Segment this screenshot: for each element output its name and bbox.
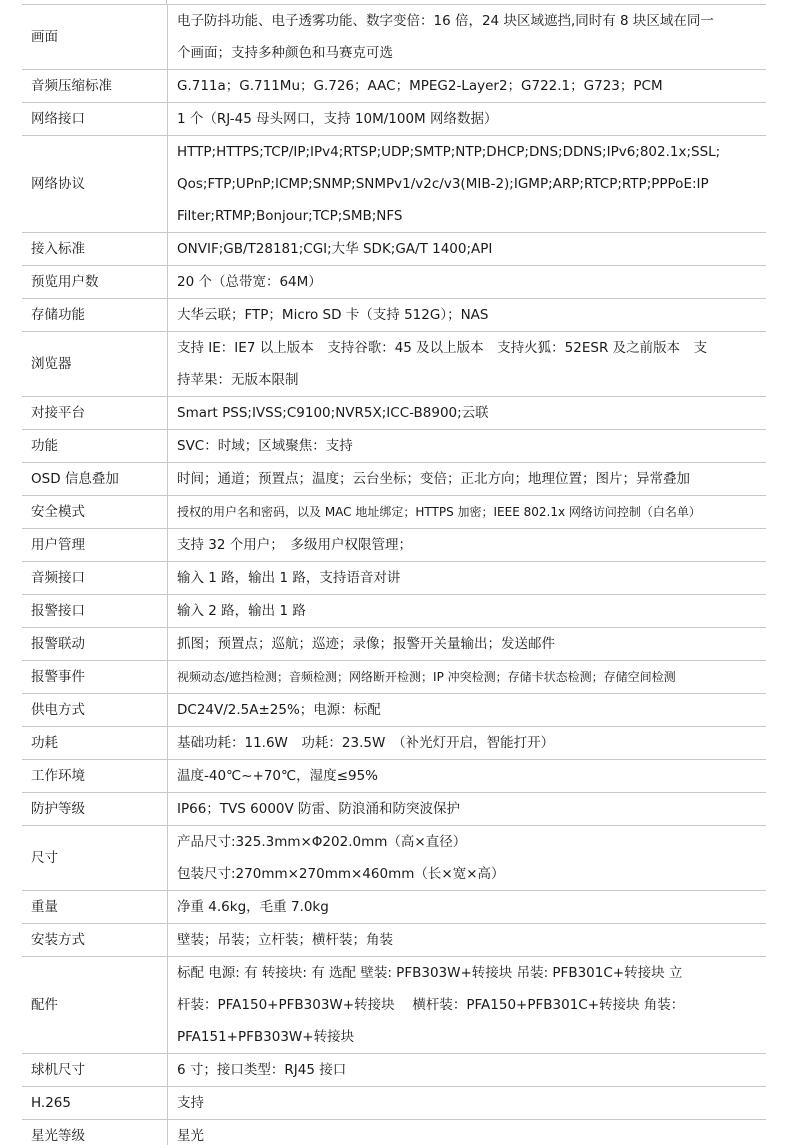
spec-row: 配件标配 电源: 有 转接块: 有 选配 壁装: PFB303W+转接块 吊装:… — [22, 957, 766, 1054]
spec-value: 电子防抖功能、电子透雾功能、数字变倍：16 倍，24 块区域遮挡,同时有 8 块… — [168, 5, 767, 70]
spec-label: 音频接口 — [22, 562, 168, 595]
spec-label: 功耗 — [22, 727, 168, 760]
spec-table: 画面电子防抖功能、电子透雾功能、数字变倍：16 倍，24 块区域遮挡,同时有 8… — [22, 4, 766, 1145]
spec-row: 接入标准ONVIF;GB/T28181;CGI;大华 SDK;GA/T 1400… — [22, 233, 766, 266]
spec-value: 6 寸；接口类型：RJ45 接口 — [168, 1054, 767, 1087]
spec-row: OSD 信息叠加时间；通道；预置点；温度；云台坐标；变倍；正北方向；地理位置；图… — [22, 463, 766, 496]
spec-label: 尺寸 — [22, 826, 168, 891]
spec-label: 配件 — [22, 957, 168, 1054]
spec-value: 输入 2 路，输出 1 路 — [168, 595, 767, 628]
spec-row: 浏览器支持 IE：IE7 以上版本 支持谷歌：45 及以上版本 支持火狐：52E… — [22, 332, 766, 397]
spec-value-line: G.711a；G.711Mu；G.726；AAC；MPEG2-Layer2；G7… — [177, 70, 760, 102]
spec-value-line: 标配 电源: 有 转接块: 有 选配 壁装: PFB303W+转接块 吊装: P… — [177, 957, 760, 989]
spec-value-line: 支持 IE：IE7 以上版本 支持谷歌：45 及以上版本 支持火狐：52ESR … — [177, 332, 760, 364]
spec-value-line: HTTP;HTTPS;TCP/IP;IPv4;RTSP;UDP;SMTP;NTP… — [177, 136, 760, 168]
spec-value-line: 时间；通道；预置点；温度；云台坐标；变倍；正北方向；地理位置；图片；异常叠加 — [177, 463, 760, 495]
spec-row: 存储功能大华云联；FTP；Micro SD 卡（支持 512G）；NAS — [22, 299, 766, 332]
spec-row: 防护等级IP66；TVS 6000V 防雷、防浪涌和防突波保护 — [22, 793, 766, 826]
spec-label: 预览用户数 — [22, 266, 168, 299]
spec-label: 网络协议 — [22, 136, 168, 233]
spec-value-line: 抓图；预置点；巡航；巡迹；录像；报警开关量输出；发送邮件 — [177, 628, 760, 660]
spec-value-line: 输入 2 路，输出 1 路 — [177, 595, 760, 627]
spec-label: 球机尺寸 — [22, 1054, 168, 1087]
spec-value-line: 基础功耗：11.6W 功耗：23.5W （补光灯开启，智能打开） — [177, 727, 760, 759]
spec-label: 接入标准 — [22, 233, 168, 266]
spec-row: 网络协议HTTP;HTTPS;TCP/IP;IPv4;RTSP;UDP;SMTP… — [22, 136, 766, 233]
spec-value: 支持 32 个用户； 多级用户权限管理； — [168, 529, 767, 562]
spec-value-line: DC24V/2.5A±25%；电源：标配 — [177, 694, 760, 726]
spec-label: 安全模式 — [22, 496, 168, 529]
spec-value: 星光 — [168, 1120, 767, 1145]
spec-value-line: 20 个（总带宽：64M） — [177, 266, 760, 298]
spec-value: 20 个（总带宽：64M） — [168, 266, 767, 299]
spec-value: 抓图；预置点；巡航；巡迹；录像；报警开关量输出；发送邮件 — [168, 628, 767, 661]
spec-label: 供电方式 — [22, 694, 168, 727]
spec-row: 功能SVC：时域；区域聚焦：支持 — [22, 430, 766, 463]
spec-label: 防护等级 — [22, 793, 168, 826]
spec-row: 报警联动抓图；预置点；巡航；巡迹；录像；报警开关量输出；发送邮件 — [22, 628, 766, 661]
spec-value-line: 视频动态/遮挡检测；音频检测；网络断开检测；IP 冲突检测；存储卡状态检测；存储… — [177, 661, 760, 693]
spec-value-line: 杆装：PFA150+PFB303W+转接块 横杆装：PFA150+PFB301C… — [177, 989, 760, 1021]
spec-table-body: 画面电子防抖功能、电子透雾功能、数字变倍：16 倍，24 块区域遮挡,同时有 8… — [22, 5, 766, 1145]
spec-row: 尺寸产品尺寸:325.3mm×Φ202.0mm（高×直径）包装尺寸:270mm×… — [22, 826, 766, 891]
spec-value-line: 1 个（RJ-45 母头网口，支持 10M/100M 网络数据） — [177, 103, 760, 135]
spec-value-line: 输入 1 路，输出 1 路，支持语音对讲 — [177, 562, 760, 594]
spec-label: 存储功能 — [22, 299, 168, 332]
spec-value-line: IP66；TVS 6000V 防雷、防浪涌和防突波保护 — [177, 793, 760, 825]
spec-value: 1 个（RJ-45 母头网口，支持 10M/100M 网络数据） — [168, 103, 767, 136]
spec-value: 标配 电源: 有 转接块: 有 选配 壁装: PFB303W+转接块 吊装: P… — [168, 957, 767, 1054]
spec-label: 星光等级 — [22, 1120, 168, 1145]
spec-value: 时间；通道；预置点；温度；云台坐标；变倍；正北方向；地理位置；图片；异常叠加 — [168, 463, 767, 496]
spec-row: 预览用户数20 个（总带宽：64M） — [22, 266, 766, 299]
spec-label: H.265 — [22, 1087, 168, 1120]
spec-value: HTTP;HTTPS;TCP/IP;IPv4;RTSP;UDP;SMTP;NTP… — [168, 136, 767, 233]
spec-value: 产品尺寸:325.3mm×Φ202.0mm（高×直径）包装尺寸:270mm×27… — [168, 826, 767, 891]
spec-row: 音频接口输入 1 路，输出 1 路，支持语音对讲 — [22, 562, 766, 595]
spec-row: 工作环境温度-40℃~+70℃，湿度≤95% — [22, 760, 766, 793]
spec-value-line: Smart PSS;IVSS;C9100;NVR5X;ICC-B8900;云联 — [177, 397, 760, 429]
spec-value-line: ONVIF;GB/T28181;CGI;大华 SDK;GA/T 1400;API — [177, 233, 760, 265]
spec-value: 壁装；吊装；立杆装；横杆装；角装 — [168, 924, 767, 957]
spec-value: 授权的用户名和密码，以及 MAC 地址绑定；HTTPS 加密；IEEE 802.… — [168, 496, 767, 529]
spec-value: 温度-40℃~+70℃，湿度≤95% — [168, 760, 767, 793]
spec-value: Smart PSS;IVSS;C9100;NVR5X;ICC-B8900;云联 — [168, 397, 767, 430]
spec-value: ONVIF;GB/T28181;CGI;大华 SDK;GA/T 1400;API — [168, 233, 767, 266]
spec-row: 报警事件视频动态/遮挡检测；音频检测；网络断开检测；IP 冲突检测；存储卡状态检… — [22, 661, 766, 694]
spec-value: 支持 IE：IE7 以上版本 支持谷歌：45 及以上版本 支持火狐：52ESR … — [168, 332, 767, 397]
spec-value-line: 产品尺寸:325.3mm×Φ202.0mm（高×直径） — [177, 826, 760, 858]
spec-label: 功能 — [22, 430, 168, 463]
spec-label: 报警接口 — [22, 595, 168, 628]
spec-value: 支持 — [168, 1087, 767, 1120]
spec-row: 报警接口输入 2 路，输出 1 路 — [22, 595, 766, 628]
spec-value-line: 净重 4.6kg，毛重 7.0kg — [177, 891, 760, 923]
spec-value: IP66；TVS 6000V 防雷、防浪涌和防突波保护 — [168, 793, 767, 826]
spec-row: 网络接口1 个（RJ-45 母头网口，支持 10M/100M 网络数据） — [22, 103, 766, 136]
spec-value-line: 壁装；吊装；立杆装；横杆装；角装 — [177, 924, 760, 956]
spec-label: 对接平台 — [22, 397, 168, 430]
spec-value: G.711a；G.711Mu；G.726；AAC；MPEG2-Layer2；G7… — [168, 70, 767, 103]
spec-value-line: SVC：时域；区域聚焦：支持 — [177, 430, 760, 462]
spec-value-line: PFA151+PFB303W+转接块 — [177, 1021, 760, 1053]
spec-value: 输入 1 路，输出 1 路，支持语音对讲 — [168, 562, 767, 595]
spec-value-line: 大华云联；FTP；Micro SD 卡（支持 512G）；NAS — [177, 299, 760, 331]
spec-value: SVC：时域；区域聚焦：支持 — [168, 430, 767, 463]
spec-label: 重量 — [22, 891, 168, 924]
spec-row: 功耗基础功耗：11.6W 功耗：23.5W （补光灯开启，智能打开） — [22, 727, 766, 760]
spec-value-line: 个画面；支持多种颜色和马赛克可选 — [177, 37, 760, 69]
spec-value-line: 星光 — [177, 1120, 760, 1145]
spec-value: 大华云联；FTP；Micro SD 卡（支持 512G）；NAS — [168, 299, 767, 332]
spec-label: 用户管理 — [22, 529, 168, 562]
spec-value: 净重 4.6kg，毛重 7.0kg — [168, 891, 767, 924]
spec-label: 画面 — [22, 5, 168, 70]
spec-value-line: 温度-40℃~+70℃，湿度≤95% — [177, 760, 760, 792]
spec-row: 球机尺寸6 寸；接口类型：RJ45 接口 — [22, 1054, 766, 1087]
spec-value: 基础功耗：11.6W 功耗：23.5W （补光灯开启，智能打开） — [168, 727, 767, 760]
spec-row: 重量净重 4.6kg，毛重 7.0kg — [22, 891, 766, 924]
spec-row: H.265支持 — [22, 1087, 766, 1120]
spec-value-line: 包装尺寸:270mm×270mm×460mm（长×宽×高） — [177, 858, 760, 890]
spec-label: 音频压缩标准 — [22, 70, 168, 103]
spec-value-line: 6 寸；接口类型：RJ45 接口 — [177, 1054, 760, 1086]
spec-row: 用户管理支持 32 个用户； 多级用户权限管理； — [22, 529, 766, 562]
spec-label: OSD 信息叠加 — [22, 463, 168, 496]
spec-value: DC24V/2.5A±25%；电源：标配 — [168, 694, 767, 727]
spec-row: 安全模式授权的用户名和密码，以及 MAC 地址绑定；HTTPS 加密；IEEE … — [22, 496, 766, 529]
spec-value-line: Filter;RTMP;Bonjour;TCP;SMB;NFS — [177, 200, 760, 232]
spec-row: 音频压缩标准G.711a；G.711Mu；G.726；AAC；MPEG2-Lay… — [22, 70, 766, 103]
spec-value: 视频动态/遮挡检测；音频检测；网络断开检测；IP 冲突检测；存储卡状态检测；存储… — [168, 661, 767, 694]
spec-value-line: 授权的用户名和密码，以及 MAC 地址绑定；HTTPS 加密；IEEE 802.… — [177, 496, 760, 528]
spec-label: 报警事件 — [22, 661, 168, 694]
spec-value-line: 支持 — [177, 1087, 760, 1119]
spec-label: 安装方式 — [22, 924, 168, 957]
spec-row: 画面电子防抖功能、电子透雾功能、数字变倍：16 倍，24 块区域遮挡,同时有 8… — [22, 5, 766, 70]
spec-label: 工作环境 — [22, 760, 168, 793]
spec-value-line: 持苹果：无版本限制 — [177, 364, 760, 396]
spec-row: 供电方式DC24V/2.5A±25%；电源：标配 — [22, 694, 766, 727]
spec-label: 浏览器 — [22, 332, 168, 397]
spec-row: 安装方式壁装；吊装；立杆装；横杆装；角装 — [22, 924, 766, 957]
spec-value-line: 电子防抖功能、电子透雾功能、数字变倍：16 倍，24 块区域遮挡,同时有 8 块… — [177, 5, 760, 37]
spec-row: 对接平台Smart PSS;IVSS;C9100;NVR5X;ICC-B8900… — [22, 397, 766, 430]
spec-label: 报警联动 — [22, 628, 168, 661]
spec-label: 网络接口 — [22, 103, 168, 136]
spec-row: 星光等级星光 — [22, 1120, 766, 1145]
spec-value-line: Qos;FTP;UPnP;ICMP;SNMP;SNMPv1/v2c/v3(MIB… — [177, 168, 760, 200]
spec-value-line: 支持 32 个用户； 多级用户权限管理； — [177, 529, 760, 561]
